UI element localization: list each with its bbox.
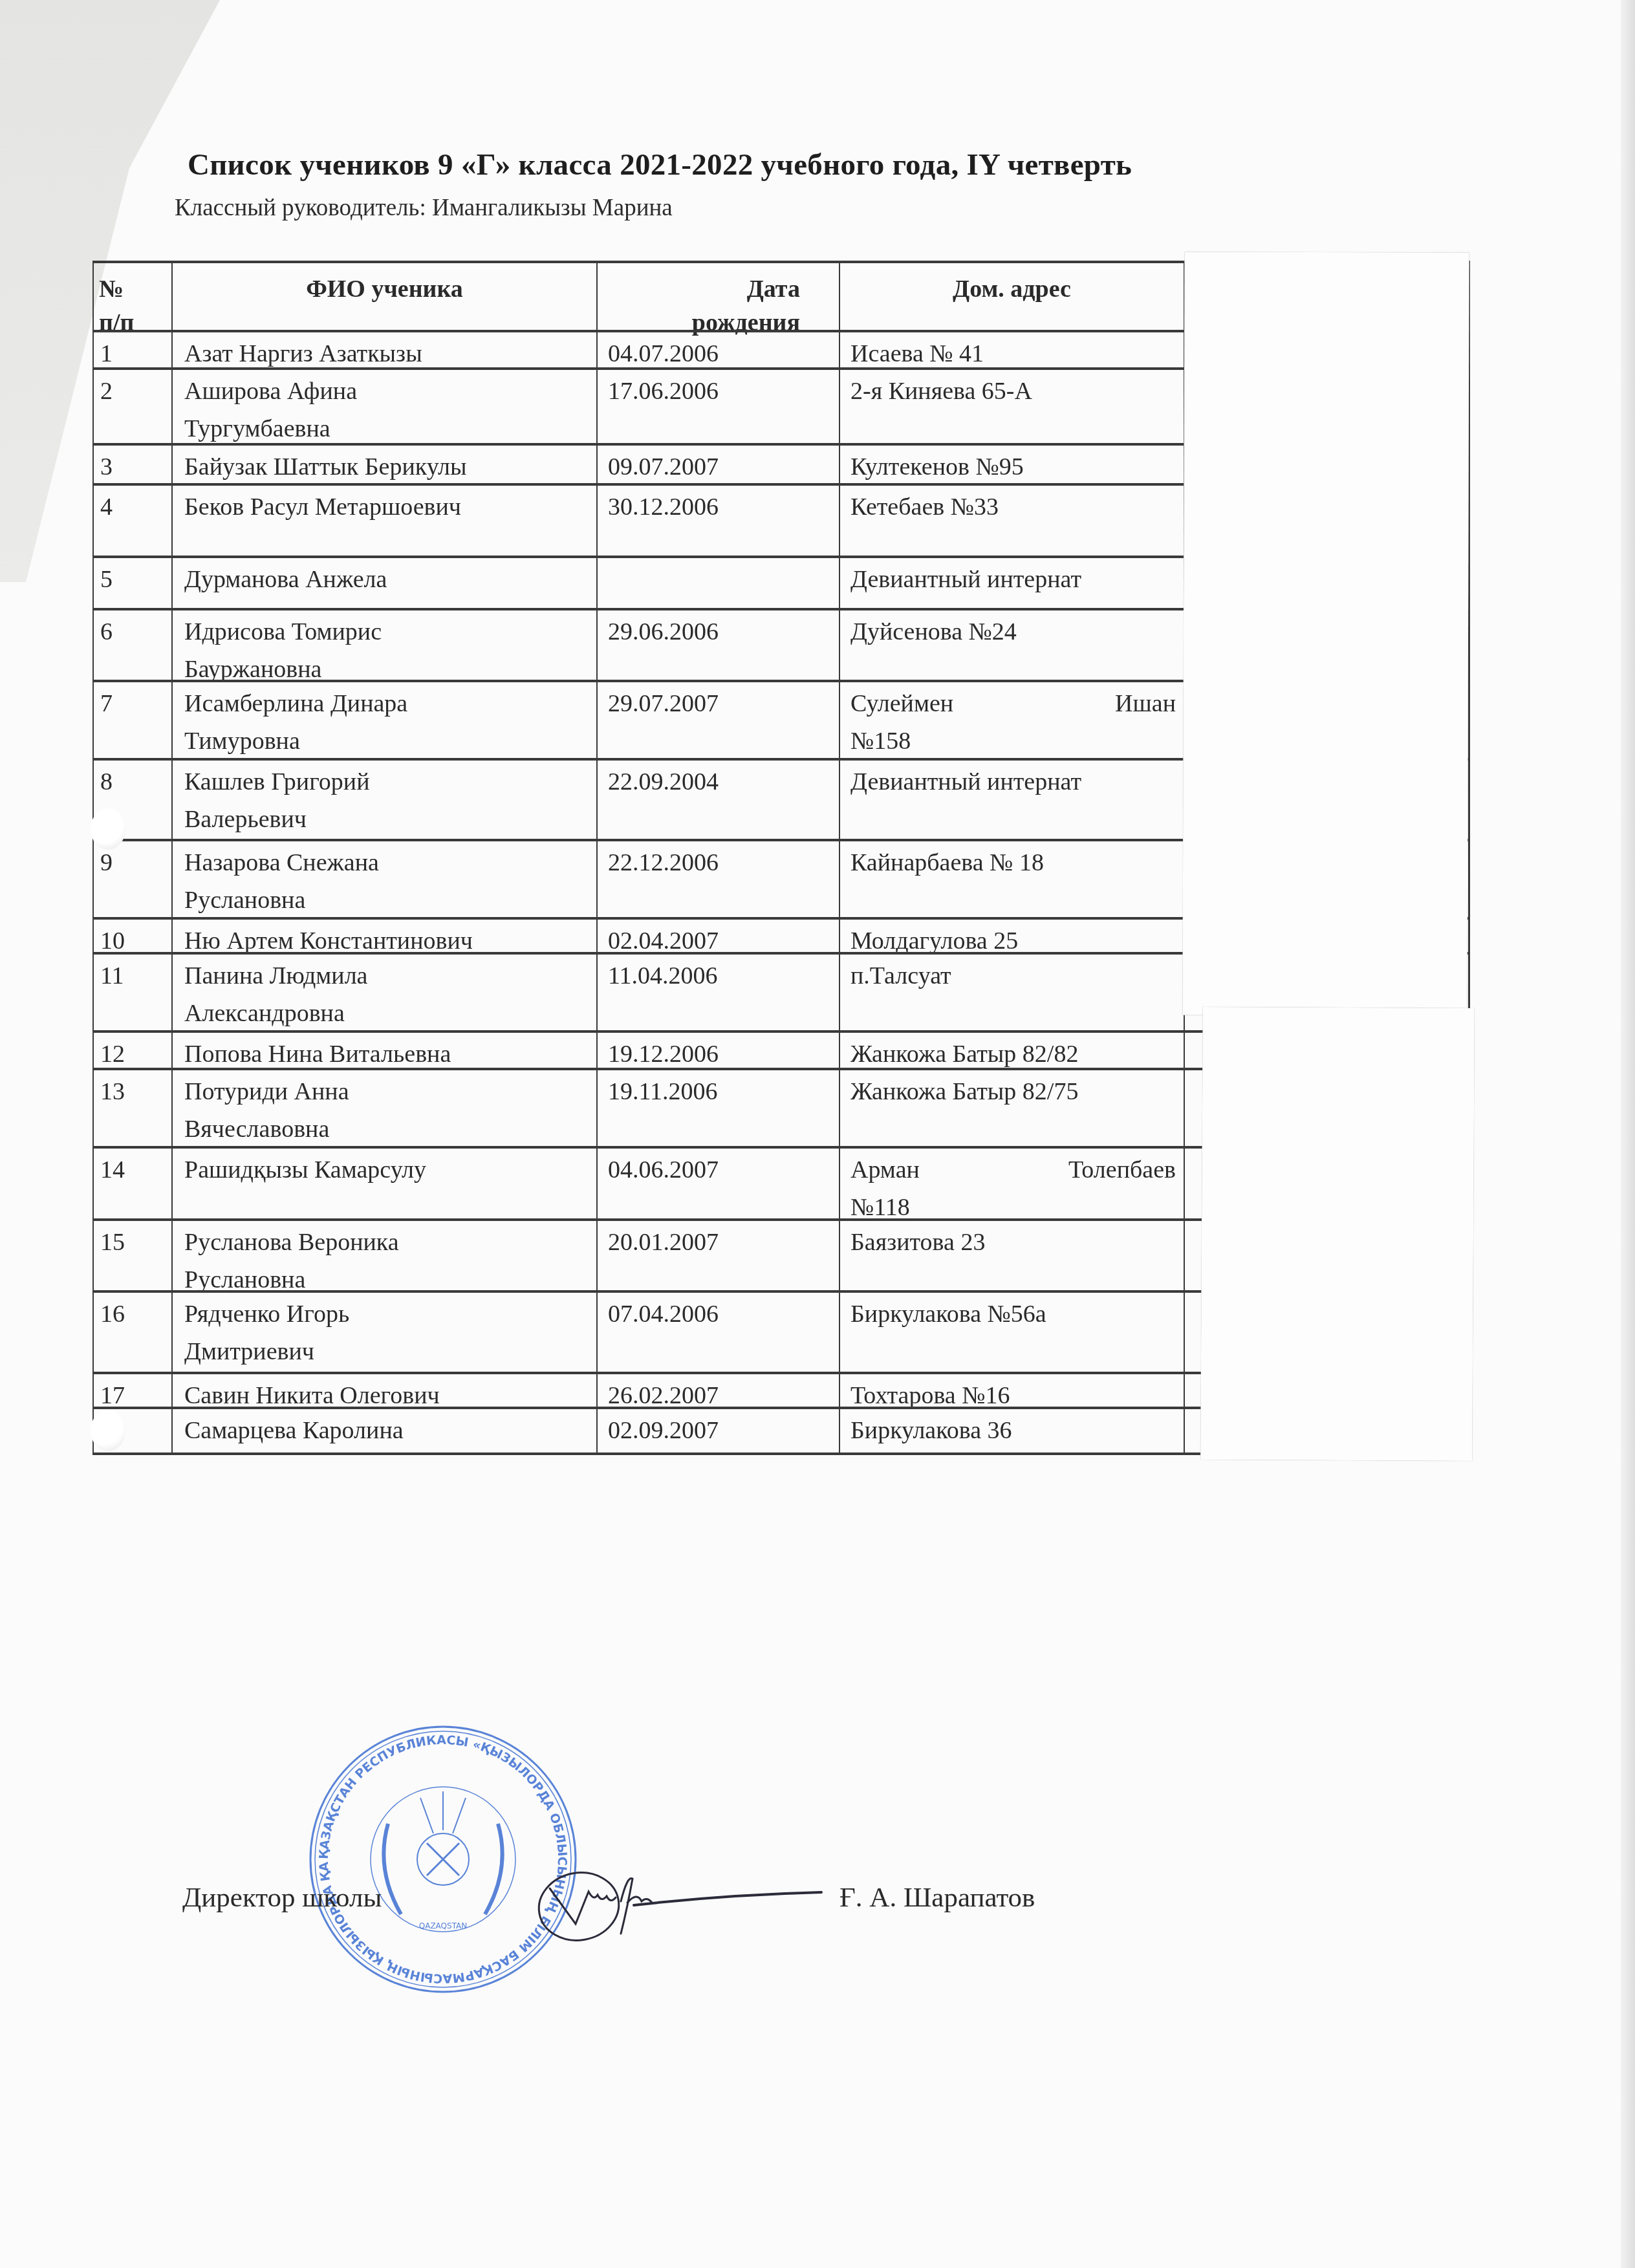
school-stamp-icon: ҚАЗАҚСТАН РЕСПУБЛИКАСЫ «ҚЫЗЫЛОРДА ОБЛЫСЫ… bbox=[304, 1720, 582, 1998]
header-address: Дом. адрес bbox=[839, 263, 1184, 330]
row-number: 3 bbox=[92, 446, 171, 483]
home-address: Жанкожа Батыр 82/75 bbox=[839, 1070, 1184, 1146]
home-address: Дуйсенова №24 bbox=[839, 610, 1184, 680]
birth-date: 17.06.2006 bbox=[596, 370, 839, 443]
header-number: № п/п bbox=[92, 263, 171, 330]
row-number: 16 bbox=[92, 1293, 171, 1372]
student-name: Назарова СнежанаРуслановна bbox=[171, 841, 596, 917]
punch-hole bbox=[91, 808, 125, 850]
birth-date: 22.12.2006 bbox=[596, 841, 839, 917]
row-number: 1 bbox=[92, 332, 171, 367]
birth-date: 11.04.2006 bbox=[596, 955, 839, 1030]
student-name: Идрисова ТомирисБауржановна bbox=[171, 610, 596, 680]
header-birth-date: Дата рождения bbox=[596, 263, 839, 330]
scan-page-edge bbox=[1621, 0, 1635, 2268]
home-address: Тохтарова №16 bbox=[839, 1374, 1184, 1407]
header-name: ФИО ученика bbox=[171, 263, 596, 330]
home-address: Баязитова 23 bbox=[839, 1221, 1184, 1290]
paper-cover-upper bbox=[1182, 252, 1469, 1015]
student-name: Байузак Шаттык Берикулы bbox=[171, 446, 596, 483]
paper-cover-lower bbox=[1200, 1007, 1475, 1461]
director-name: Ғ. А. Шарапатов bbox=[839, 1882, 1035, 1914]
birth-date: 07.04.2006 bbox=[596, 1293, 839, 1372]
home-address: 2-я Киняева 65-А bbox=[839, 370, 1184, 443]
director-label: Директор школы bbox=[182, 1882, 382, 1914]
student-name: Беков Расул Метаршоевич bbox=[171, 486, 596, 556]
student-name: Попова Нина Витальевна bbox=[171, 1033, 596, 1068]
row-number: 13 bbox=[92, 1070, 171, 1146]
home-address: Биркулакова 36 bbox=[839, 1409, 1184, 1453]
home-address: АрманТолепбаев№118 bbox=[839, 1149, 1184, 1218]
birth-date: 19.12.2006 bbox=[596, 1033, 839, 1068]
student-name: Дурманова Анжела bbox=[171, 558, 596, 608]
row-number: 4 bbox=[92, 486, 171, 556]
student-name: Аширова АфинаТургумбаевна bbox=[171, 370, 596, 443]
row-number: 9 bbox=[92, 841, 171, 917]
home-address: Кетебаев №33 bbox=[839, 486, 1184, 556]
student-name: Русланова ВероникаРуслановна bbox=[171, 1221, 596, 1290]
student-name: Рашидқызы Камарсулу bbox=[171, 1149, 596, 1218]
birth-date: 04.07.2006 bbox=[596, 332, 839, 367]
row-number: 14 bbox=[92, 1149, 171, 1218]
student-name: Кашлев ГригорийВалерьевич bbox=[171, 761, 596, 839]
birth-date: 02.09.2007 bbox=[596, 1409, 839, 1453]
row-number: 2 bbox=[92, 370, 171, 443]
row-number: 17 bbox=[92, 1374, 171, 1407]
row-number: 5 bbox=[92, 558, 171, 608]
header-number-line1: № bbox=[99, 272, 166, 306]
birth-date: 29.06.2006 bbox=[596, 610, 839, 680]
birth-date: 04.06.2007 bbox=[596, 1149, 839, 1218]
student-name: Рядченко ИгорьДмитриевич bbox=[171, 1293, 596, 1372]
birth-date: 20.01.2007 bbox=[596, 1221, 839, 1290]
student-name: Исамберлина ДинараТимуровна bbox=[171, 682, 596, 758]
student-name: Азат Наргиз Азаткызы bbox=[171, 332, 596, 367]
birth-date: 29.07.2007 bbox=[596, 682, 839, 758]
student-name: Потуриди АннаВячеславовна bbox=[171, 1070, 596, 1146]
svg-text:QAZAQSTAN: QAZAQSTAN bbox=[419, 1921, 468, 1930]
class-teacher: Классный руководитель: Имангаликызы Мари… bbox=[175, 194, 673, 222]
row-number: 12 bbox=[92, 1033, 171, 1068]
home-address: Култекенов №95 bbox=[839, 446, 1184, 483]
home-address: п.Талсуат bbox=[839, 955, 1184, 1030]
home-address: Девиантный интернат bbox=[839, 558, 1184, 608]
birth-date: 30.12.2006 bbox=[596, 486, 839, 556]
birth-date: 26.02.2007 bbox=[596, 1374, 839, 1407]
birth-date: 09.07.2007 bbox=[596, 446, 839, 483]
student-name: Ню Артем Константинович bbox=[171, 920, 596, 952]
row-number: 15 bbox=[92, 1221, 171, 1290]
header-date-line1: Дата bbox=[603, 272, 800, 306]
student-name: Савин Никита Олегович bbox=[171, 1374, 596, 1407]
home-address: Девиантный интернат bbox=[839, 761, 1184, 839]
director-signature-icon bbox=[530, 1863, 828, 1947]
home-address: Жанкожа Батыр 82/82 bbox=[839, 1033, 1184, 1068]
birth-date: 19.11.2006 bbox=[596, 1070, 839, 1146]
row-number: 6 bbox=[92, 610, 171, 680]
punch-hole bbox=[91, 1410, 125, 1451]
student-name: Самарцева Каролина bbox=[171, 1409, 596, 1453]
home-address: Биркулакова №56а bbox=[839, 1293, 1184, 1372]
home-address: СулейменИшан№158 bbox=[839, 682, 1184, 758]
row-number: 11 bbox=[92, 955, 171, 1030]
document-title: Список учеников 9 «Г» класса 2021-2022 у… bbox=[188, 147, 1132, 182]
birth-date: 02.04.2007 bbox=[596, 920, 839, 952]
row-number: 7 bbox=[92, 682, 171, 758]
student-name: Панина ЛюдмилаАлександровна bbox=[171, 955, 596, 1030]
row-number: 10 bbox=[92, 920, 171, 952]
birth-date bbox=[596, 558, 839, 608]
home-address: Молдагулова 25 bbox=[839, 920, 1184, 952]
home-address: Кайнарбаева № 18 bbox=[839, 841, 1184, 917]
home-address: Исаева № 41 bbox=[839, 332, 1184, 367]
birth-date: 22.09.2004 bbox=[596, 761, 839, 839]
